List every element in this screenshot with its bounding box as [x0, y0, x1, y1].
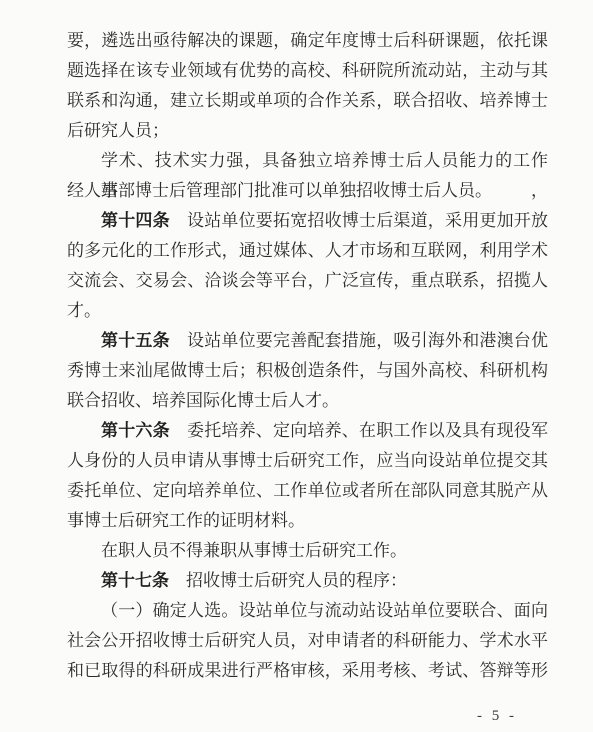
line-text: 社会公开招收博士后研究人员，对申请者的科研能力、学术水平 — [67, 631, 548, 650]
text-line: 要，遴选出亟待解决的课题，确定年度博士后科研课题，依托课 — [67, 26, 548, 56]
line-text: 委托单位、定向培养单位、工作单位或者所在部队同意其脱产从 — [67, 481, 548, 500]
article-number: 第十五条 — [101, 331, 170, 350]
line-text: 联合招收、培养国际化博士后人才。 — [67, 391, 339, 410]
page-number: - 5 - — [477, 708, 517, 725]
article-number: 第十四条 — [101, 211, 170, 230]
text-line: 第十五条 设站单位要完善配套措施，吸引海外和港澳台优 — [67, 326, 548, 356]
document-body: 要，遴选出亟待解决的课题，确定年度博士后科研课题，依托课题选择在该专业领域有优势… — [67, 26, 548, 686]
document-page: 要，遴选出亟待解决的课题，确定年度博士后科研课题，依托课题选择在该专业领域有优势… — [0, 0, 593, 732]
text-line: 后研究人员； — [67, 116, 548, 146]
line-text: 设站单位要完善配套措施，吸引海外和港澳台优 — [170, 331, 548, 350]
text-line: 第十四条 设站单位要拓宽招收博士后渠道，采用更加开放 — [67, 206, 548, 236]
text-line: 在职人员不得兼职从事博士后研究工作。 — [67, 536, 548, 566]
text-line: 联系和沟通，建立长期或单项的合作关系，联合招收、培养博士 — [67, 86, 548, 116]
article-number: 第十七条 — [101, 571, 169, 590]
line-text: 才。 — [67, 301, 101, 320]
line-text: 设站单位要拓宽招收博士后渠道，采用更加开放 — [170, 211, 548, 230]
text-line: 人身份的人员申请从事博士后研究工作，应当向设站单位提交其 — [67, 446, 548, 476]
line-text: 交流会、交易会、洽谈会等平台，广泛宣传，重点联系，招揽人 — [67, 271, 548, 290]
line-text: 联系和沟通，建立长期或单项的合作关系，联合招收、培养博士 — [67, 91, 548, 110]
text-line: 的多元化的工作形式，通过媒体、人才市场和互联网，利用学术 — [67, 236, 548, 266]
text-line: 秀博士来汕尾做博士后；积极创造条件，与国外高校、科研机构 — [67, 356, 548, 386]
text-line: 委托单位、定向培养单位、工作单位或者所在部队同意其脱产从 — [67, 476, 548, 506]
line-text: 经人事部博士后管理部门批准可以单独招收博士后人员。 — [67, 181, 492, 200]
text-line: （一）确定人选。设站单位与流动站设站单位要联合、面向 — [67, 596, 548, 626]
text-line: 题选择在该专业领域有优势的高校、科研院所流动站，主动与其 — [67, 56, 548, 86]
article-number: 第十六条 — [101, 421, 170, 440]
line-text: 招收博士后研究人员的程序： — [169, 571, 407, 590]
text-line: 第十七条 招收博士后研究人员的程序： — [67, 566, 548, 596]
line-text: 后研究人员； — [67, 121, 169, 140]
line-text: 人身份的人员申请从事博士后研究工作，应当向设站单位提交其 — [67, 451, 548, 470]
line-text: 事博士后研究工作的证明材料。 — [67, 511, 305, 530]
line-text: （一）确定人选。设站单位与流动站设站单位要联合、面向 — [101, 601, 548, 620]
line-text: 题选择在该专业领域有优势的高校、科研院所流动站，主动与其 — [67, 61, 548, 80]
line-text: 要，遴选出亟待解决的课题，确定年度博士后科研课题，依托课 — [67, 31, 548, 50]
line-text: 委托培养、定向培养、在职工作以及具有现役军 — [170, 421, 548, 440]
text-line: 学术、技术实力强，具备独立培养博士后人员能力的工作站， — [67, 146, 548, 176]
text-line: 事博士后研究工作的证明材料。 — [67, 506, 548, 536]
line-text: 和已取得的科研成果进行严格审核，采用考核、考试、答辩等形 — [67, 661, 548, 680]
line-text: 的多元化的工作形式，通过媒体、人才市场和互联网，利用学术 — [67, 241, 548, 260]
text-line: 和已取得的科研成果进行严格审核，采用考核、考试、答辩等形 — [67, 656, 548, 686]
text-line: 交流会、交易会、洽谈会等平台，广泛宣传，重点联系，招揽人 — [67, 266, 548, 296]
text-line: 经人事部博士后管理部门批准可以单独招收博士后人员。 — [67, 176, 548, 206]
text-line: 第十六条 委托培养、定向培养、在职工作以及具有现役军 — [67, 416, 548, 446]
text-line: 联合招收、培养国际化博士后人才。 — [67, 386, 548, 416]
text-line: 才。 — [67, 296, 548, 326]
line-text: 秀博士来汕尾做博士后；积极创造条件，与国外高校、科研机构 — [67, 361, 548, 380]
line-text: 在职人员不得兼职从事博士后研究工作。 — [101, 541, 407, 560]
text-line: 社会公开招收博士后研究人员，对申请者的科研能力、学术水平 — [67, 626, 548, 656]
